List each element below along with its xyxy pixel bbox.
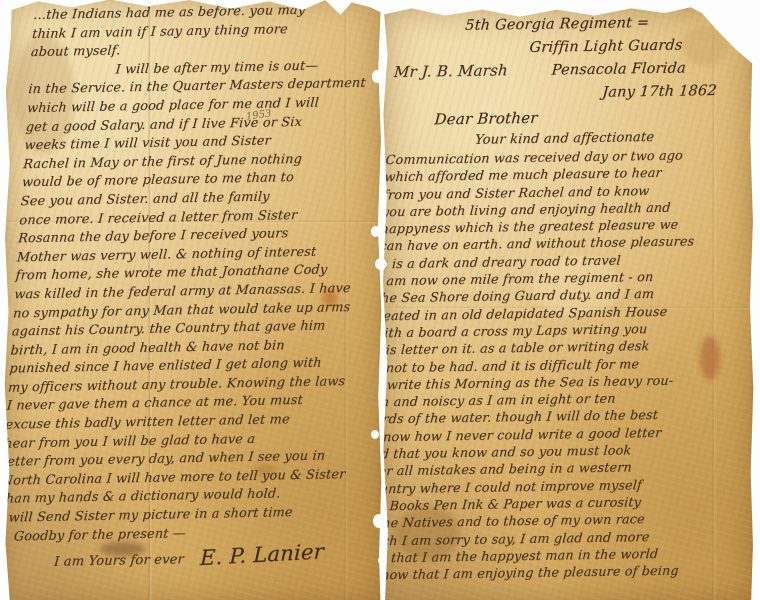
heading-company: Griffin Light Guards (529, 33, 747, 59)
fold-hole (375, 258, 387, 270)
heading-date: Jany 17th 1862 (601, 80, 743, 105)
letter-page-left: ...the Indians had me as before. you may… (4, 0, 382, 600)
right-page-body: Communication was received day or two ag… (355, 146, 738, 584)
signature: E. P. Lanier (200, 540, 324, 571)
letter-scan: ...the Indians had me as before. you may… (0, 0, 760, 600)
fold-hole (372, 70, 382, 83)
closing-text: I am Yours for ever (54, 552, 185, 570)
letter-page-right: 5th Georgia Regiment = Griffin Light Gua… (382, 6, 754, 600)
heading-place: Pensacola Florida (551, 57, 687, 82)
fold-hole (371, 226, 380, 237)
fold-hole (378, 556, 387, 565)
left-page-text: ...the Indians had me as before. you may… (0, 0, 380, 572)
fold-hole (373, 514, 385, 528)
left-page-body: ...the Indians had me as before. you may… (0, 0, 380, 547)
recipient-name: Mr J. B. Marsh (393, 61, 508, 81)
fold-hole (371, 430, 379, 439)
right-page-text: 5th Georgia Regiment = Griffin Light Gua… (355, 10, 748, 584)
closing-line: I am Yours for ever E. P. Lanier (0, 541, 343, 572)
